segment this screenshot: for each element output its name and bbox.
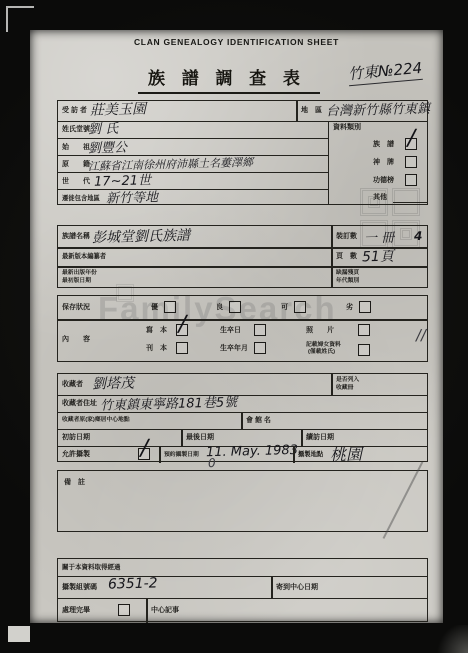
condition-excellent-label: 優: [151, 304, 158, 312]
form-paper: CLAN GENEALOGY IDENTIFICATION SHEET 族 譜 …: [30, 30, 443, 623]
holder-label: 收藏者: [62, 381, 83, 389]
ancestor-label: 始 祖: [62, 144, 90, 152]
remarks-label: 備 註: [64, 479, 85, 487]
holder-address-value: 竹東鎮東寧路181巷5號: [100, 391, 238, 414]
origin-label: 原 籍: [62, 161, 90, 169]
condition-poor-label: 劣: [346, 304, 353, 312]
condition-excellent-checkbox: [164, 301, 176, 313]
condition-label: 保存狀況: [62, 304, 90, 312]
section-remarks: 備 註: [57, 470, 428, 532]
record-types-header: 資料類別: [333, 124, 361, 132]
handwritten-file-number: 竹東№224: [347, 57, 423, 86]
interviewee-label: 受 訪 者: [62, 107, 87, 115]
surname-value: 劉 氏: [88, 118, 119, 138]
hometown-label: 收藏者原(家)鄉居中心地點: [62, 417, 130, 424]
first-visit-label: 初訪日期: [62, 434, 90, 442]
section-condition-content: 保存狀況 優 良 可 劣 內 容 寫 本 ╱ 刊 本 生卒日 生卒年月 照 片 …: [57, 295, 428, 362]
scan-corner-mark-bottomleft: [8, 626, 30, 642]
volumes-extra-mark: 4: [414, 229, 423, 243]
processing-done-checkbox: [118, 604, 130, 616]
scan-corner-mark-bottomright: [434, 625, 468, 653]
pages-value: 51頁: [362, 246, 394, 267]
content-label: 內 容: [62, 336, 90, 344]
area-value: 台灣新竹縣竹東鎮: [326, 98, 430, 120]
center-memo-label: 中心記事: [151, 607, 179, 615]
section-identity: 受 訪 者 莊美玉園 地 區 台灣新竹縣竹東鎮 姓氏堂號 劉 氏 始 祖 劉豐公…: [57, 100, 428, 205]
missing-pages-label-line1: 缺漏殘頁: [336, 270, 359, 277]
last-visit-label: 最後日期: [186, 434, 214, 442]
listed-label-line1: 是否列入: [336, 377, 359, 384]
filming-place-value: 桃園: [330, 442, 363, 466]
sent-to-center-label: 寄到中心日期: [276, 584, 318, 592]
generations-label: 世 代: [62, 178, 90, 186]
migration-value: 新竹等地: [106, 186, 158, 206]
content-manuscript-checkbox: ╱: [176, 324, 188, 336]
processing-done-label: 處理完畢: [62, 607, 90, 615]
filming-place-label: 攝製地點: [298, 451, 323, 458]
filming-permitted-checkbox: ╱: [138, 448, 150, 460]
film-number-label: 攝製組號碼: [62, 584, 97, 592]
handwritten-slash-marks: ∕∕: [416, 326, 427, 344]
type-genealogy-label: 族 譜: [373, 141, 394, 149]
film-number-value: 6351-2: [108, 575, 158, 592]
acquisition-note-label: 關于本資料取得經過: [62, 564, 121, 571]
filming-date-value: 11. May. 1983.: [206, 443, 303, 461]
content-printed-label: 刊 本: [146, 345, 167, 353]
content-birthdeath-year-label: 生卒年月: [220, 345, 248, 353]
interviewee-value: 莊美玉園: [90, 98, 147, 119]
type-merit-label: 功德榜: [373, 177, 394, 185]
hall-label: 會 館 名: [246, 417, 271, 425]
english-header: CLAN GENEALOGY IDENTIFICATION SHEET: [30, 37, 443, 47]
section-genealogy-book: 族譜名稱 彭城堂劉氏族譜 裝訂數 一 冊 4 最新版本編纂者 頁 數 51頁 最…: [57, 225, 428, 288]
condition-good-label: 良: [216, 304, 223, 312]
content-birthdeath-day-label: 生卒日: [220, 327, 241, 335]
pages-label: 頁 數: [336, 253, 357, 261]
section-processing: 關于本資料取得經過 攝製組號碼 6351-2 寄到中心日期 處理完畢 中心記事: [57, 558, 428, 622]
content-birthdeath-year-checkbox: [254, 342, 266, 354]
book-title-label: 族譜名稱: [62, 233, 90, 241]
volumes-value: 一 冊: [364, 227, 395, 247]
publication-label-line2: 最初版日期: [62, 278, 91, 285]
type-other-label: 其他: [373, 194, 387, 202]
stray-mark: 0: [208, 456, 216, 470]
scratch-line: [383, 461, 423, 538]
type-merit-checkbox: [405, 174, 417, 186]
holder-value: 劉塔茂: [92, 372, 135, 393]
editor-label: 最新版本編纂者: [62, 253, 106, 260]
type-genealogy-checkbox: ╱: [405, 138, 417, 150]
type-tablet-checkbox: [405, 156, 417, 168]
scan-corner-mark-topleft: [6, 6, 34, 32]
type-tablet-label: 神 牌: [373, 159, 394, 167]
publication-label-line1: 最新出版年份: [62, 270, 97, 277]
section-holder: 收藏者 劉塔茂 是否列入 收藏冊 收藏者住址 竹東鎮東寧路181巷5號 收藏者原…: [57, 373, 428, 462]
migration-label: 遷徙包含地區: [62, 195, 100, 202]
content-manuscript-label: 寫 本: [146, 327, 167, 335]
ancestor-value: 劉豐公: [88, 136, 127, 156]
area-label: 地 區: [301, 107, 322, 115]
content-printed-checkbox: [176, 342, 188, 354]
content-birthdeath-day-checkbox: [254, 324, 266, 336]
missing-pages-label-line2: 年代類別: [336, 278, 359, 285]
condition-good-checkbox: [229, 301, 241, 313]
followup-visit-label: 續訪日期: [306, 434, 334, 442]
filming-date-label: 預約攝製日期: [164, 452, 199, 459]
type-other-blank-line: [393, 202, 427, 203]
condition-fair-checkbox: [294, 301, 306, 313]
page-title: 族 譜 調 查 表: [138, 64, 320, 94]
content-women-label-line2: (僅載姓氏): [308, 349, 335, 356]
content-photos-label: 照 片: [306, 327, 334, 335]
content-photos-checkbox: [358, 324, 370, 336]
condition-fair-label: 可: [281, 304, 288, 312]
scanned-genealogy-sheet: { "page": { "eng_header": "CLAN GENEALOG…: [0, 0, 468, 653]
filming-permitted-label: 允許攝製: [62, 451, 90, 459]
content-women-checkbox: [358, 344, 370, 356]
surname-label: 姓氏堂號: [62, 126, 90, 134]
volumes-label: 裝訂數: [336, 233, 357, 241]
condition-poor-checkbox: [359, 301, 371, 313]
holder-address-label: 收藏者住址: [62, 400, 97, 408]
book-title-value: 彭城堂劉氏族譜: [92, 225, 190, 248]
listed-label-line2: 收藏冊: [336, 385, 353, 392]
